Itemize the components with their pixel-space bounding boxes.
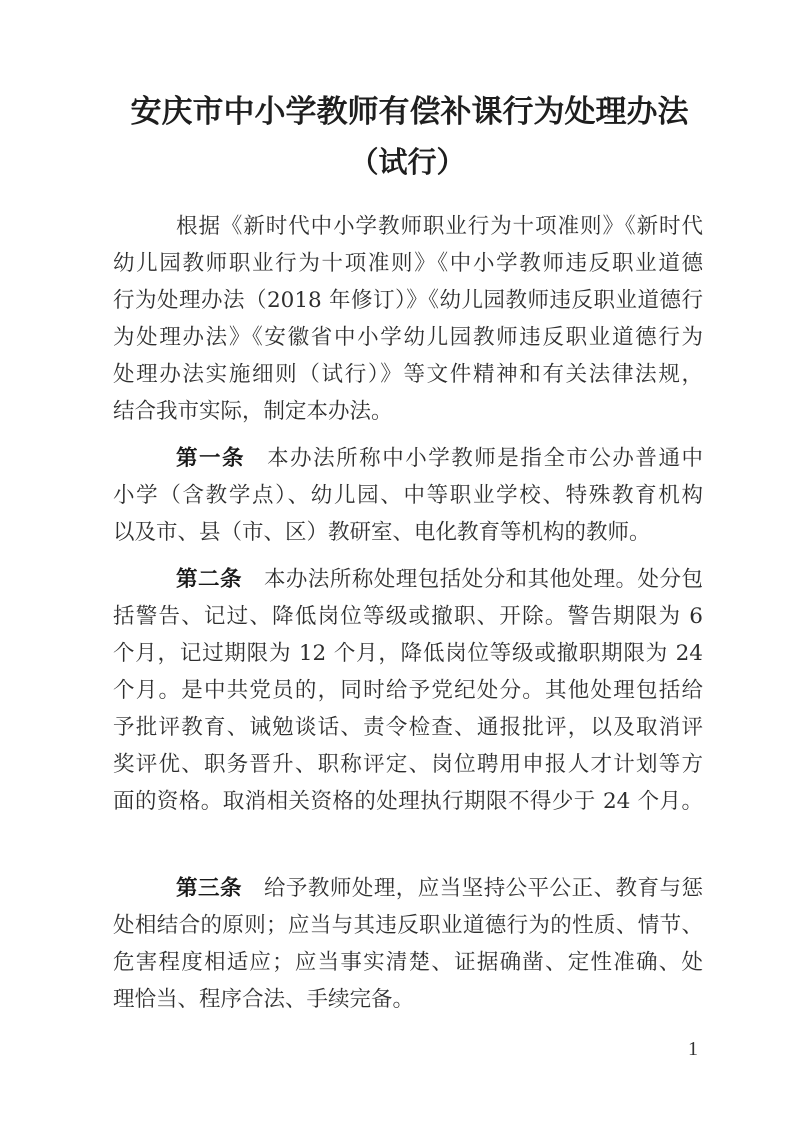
- preamble-line: 处理办法实施细则（试行）》等文件精神和有关法律法规，: [113, 360, 703, 390]
- article-2-line: 括警告、记过、降低岗位等级或撤职、开除。警告期限为 6: [113, 602, 703, 632]
- preamble-line: 行为处理办法（2018 年修订）》《幼儿园教师违反职业道德行: [113, 286, 703, 316]
- article-2-line: 予批评教育、诫勉谈话、责令检查、通报批评，以及取消评: [113, 713, 703, 743]
- article-2-label: 第二条: [176, 567, 242, 592]
- article-2-first-line: 第二条本办法所称处理包括处分和其他处理。处分包: [176, 565, 703, 595]
- preamble-line: 为处理办法》《安徽省中小学幼儿园教师违反职业道德行为: [113, 323, 703, 353]
- document-page: 安庆市中小学教师有偿补课行为处理办法 （试行） 根据《新时代中小学教师职业行为十…: [0, 0, 803, 1145]
- article-2-line: 个月，记过期限为 12 个月，降低岗位等级或撤职期限为 24: [113, 639, 703, 669]
- preamble-line: 根据《新时代中小学教师职业行为十项准则》《新时代: [176, 212, 703, 242]
- article-3-line: 处相结合的原则；应当与其违反职业道德行为的性质、情节、: [113, 911, 703, 941]
- preamble-line: 结合我市实际，制定本办法。: [113, 397, 703, 427]
- article-2-text: 本办法所称处理包括处分和其他处理。处分包: [264, 567, 703, 592]
- document-title: 安庆市中小学教师有偿补课行为处理办法: [8, 92, 803, 132]
- article-3-label: 第三条: [176, 876, 242, 901]
- article-2-line: 奖评优、职务晋升、职称评定、岗位聘用申报人才计划等方: [113, 750, 703, 780]
- article-1-line: 小学（含教学点）、幼儿园、中等职业学校、特殊教育机构: [113, 481, 703, 511]
- article-1-line: 以及市、县（市、区）教研室、电化教育等机构的教师。: [113, 518, 703, 548]
- article-3-first-line: 第三条给予教师处理，应当坚持公平公正、教育与惩: [176, 874, 703, 904]
- article-1-label: 第一条: [176, 446, 245, 471]
- page-number: 1: [688, 1037, 698, 1061]
- article-1-text: 本办法所称中小学教师是指全市公办普通中: [267, 446, 703, 471]
- article-3-line: 危害程度相适应；应当事实清楚、证据确凿、定性准确、处: [113, 948, 703, 978]
- article-2-line: 面的资格。取消相关资格的处理执行期限不得少于 24 个月。: [113, 787, 703, 817]
- document-subtitle: （试行）: [6, 142, 803, 182]
- article-3-text: 给予教师处理，应当坚持公平公正、教育与惩: [264, 876, 703, 901]
- article-3-line: 理恰当、程序合法、手续完备。: [113, 985, 703, 1015]
- article-2-line: 个月。是中共党员的，同时给予党纪处分。其他处理包括给: [113, 676, 703, 706]
- article-1-first-line: 第一条本办法所称中小学教师是指全市公办普通中: [176, 444, 703, 474]
- preamble-line: 幼儿园教师职业行为十项准则》《中小学教师违反职业道德: [113, 249, 703, 279]
